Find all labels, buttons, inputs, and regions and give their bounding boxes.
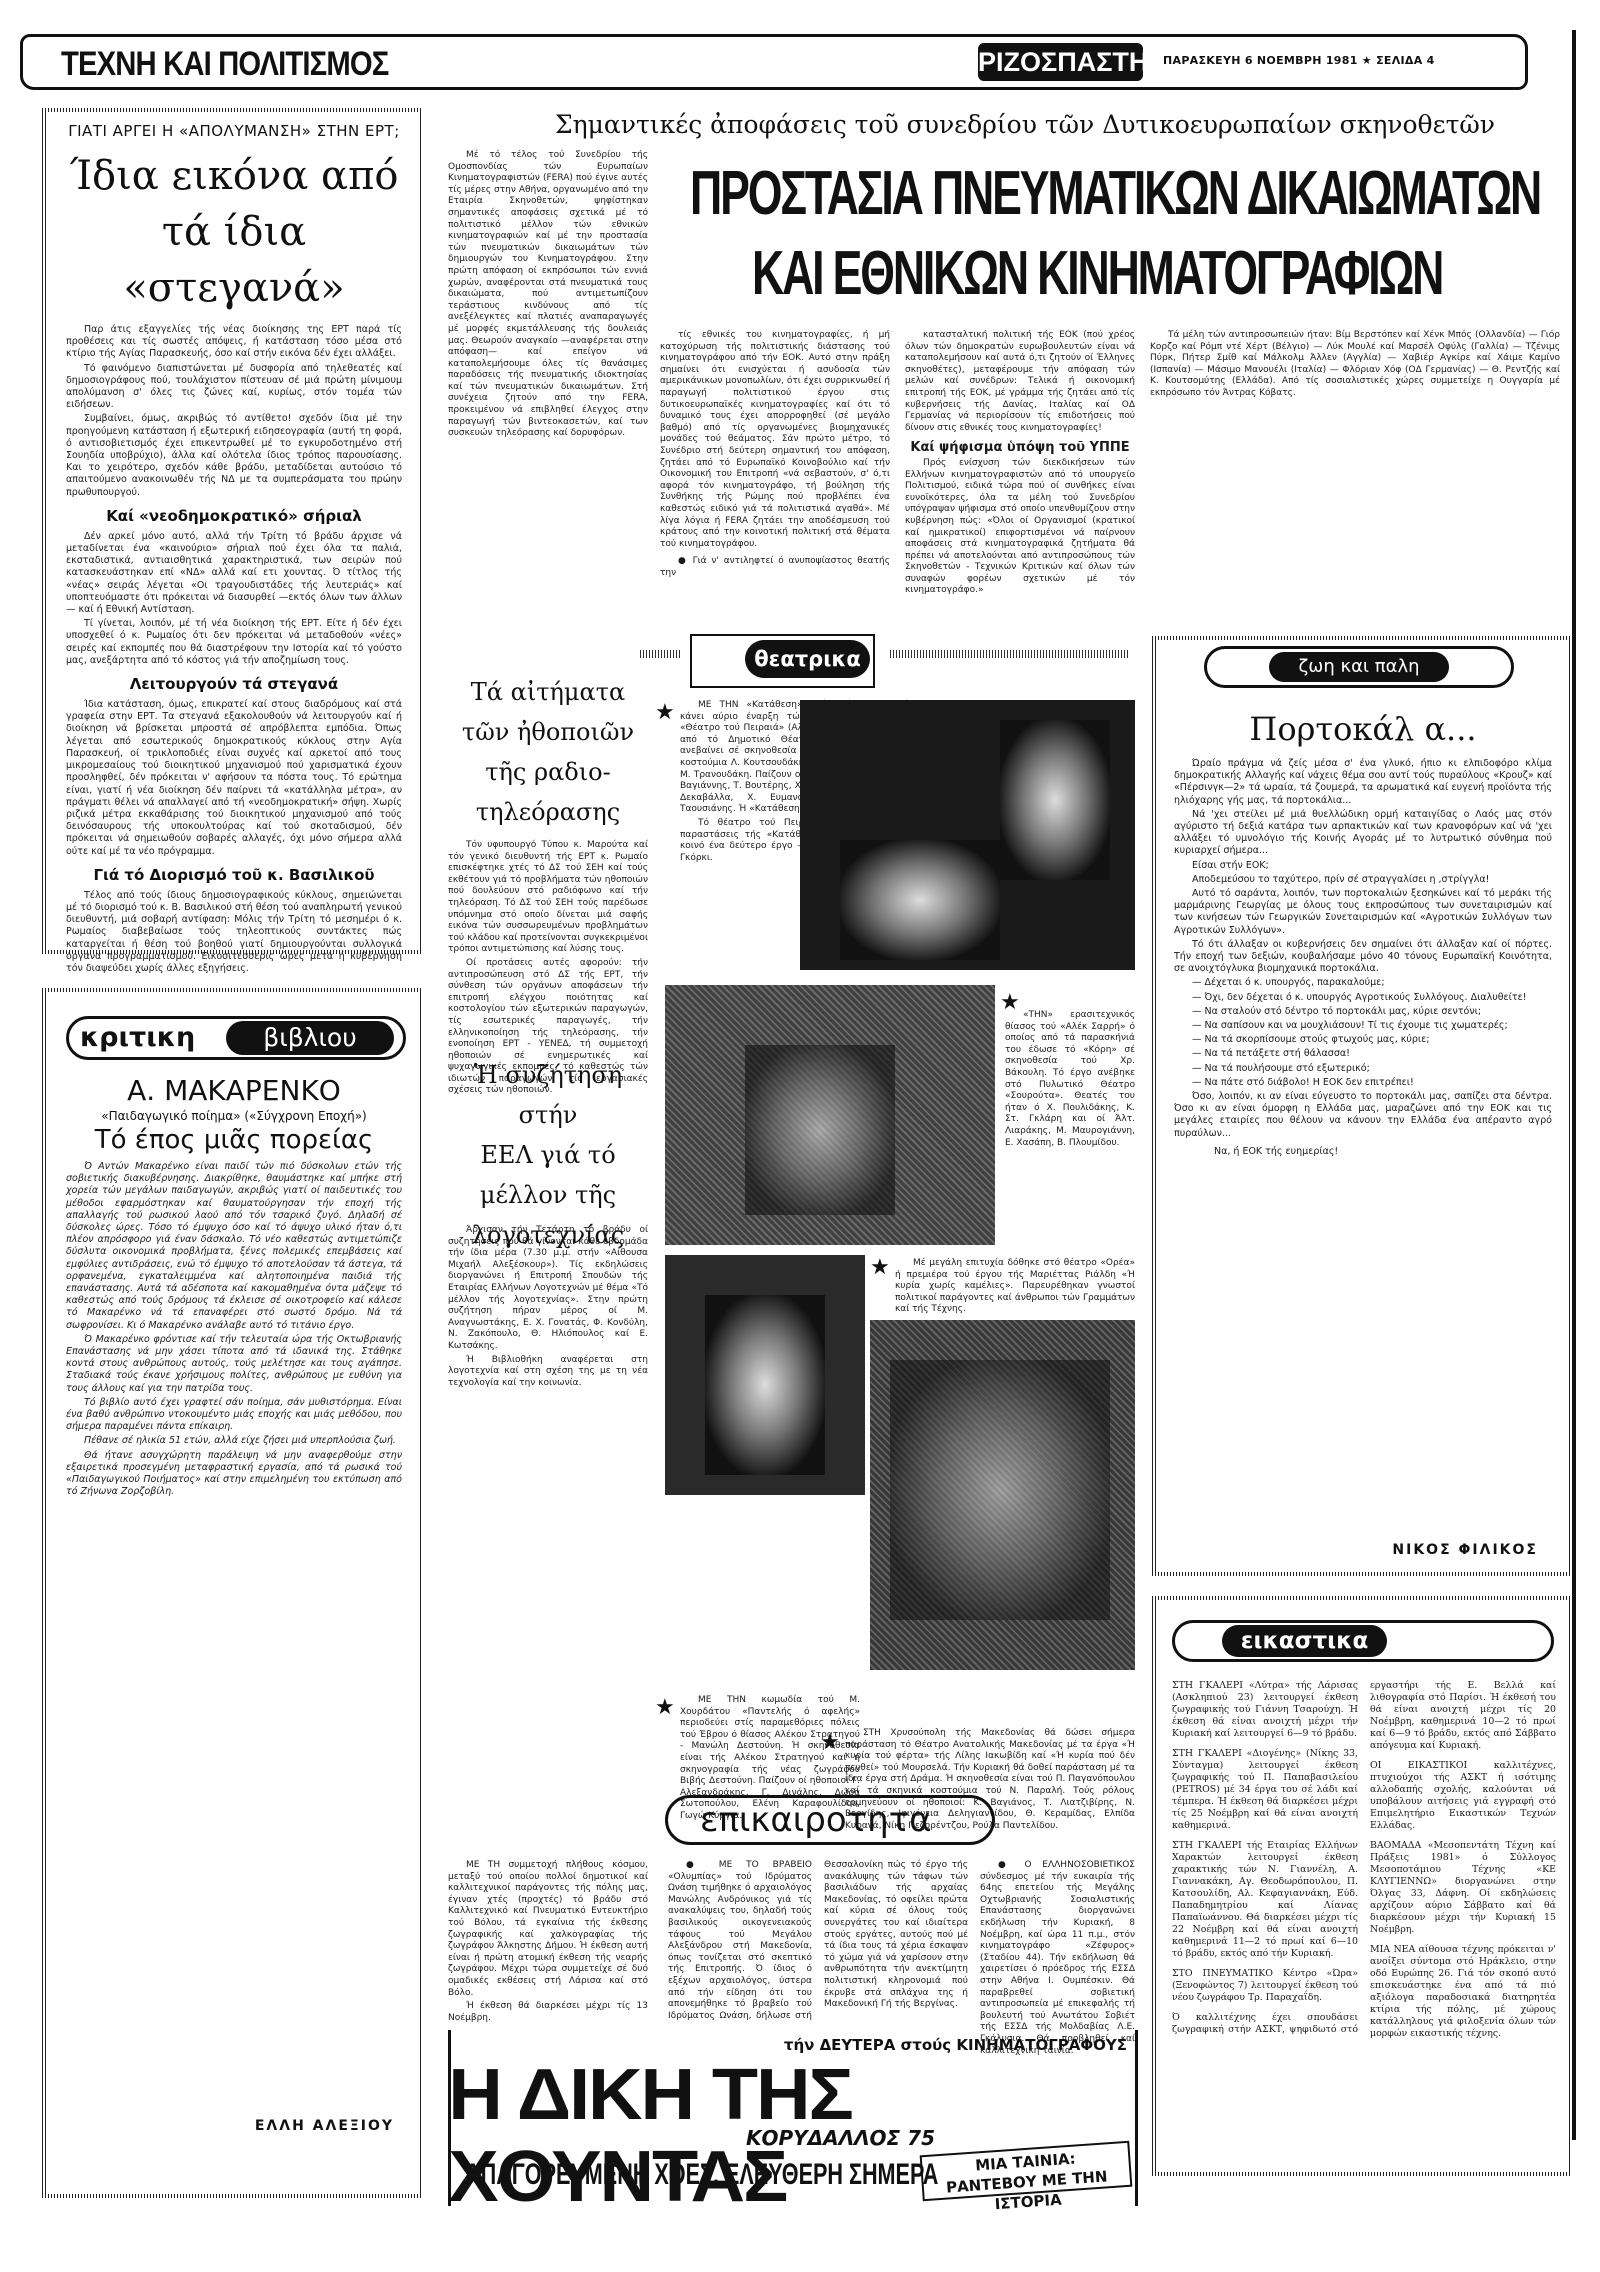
- paragraph: Πρός ενίσχυση τών διεκδικήσεων τών Ελλήν…: [905, 458, 1135, 597]
- gallery-item: ΣΤΗ ΓΚΑΛΕΡΙ τής Εταιρίας Ελλήνων Χαρακτώ…: [1172, 1840, 1358, 1960]
- newspaper-logo: ΡΙΖΟΣΠΑΣΤΗΣ: [978, 43, 1143, 81]
- book-work: «Παιδαγωγικό ποίημα» («Σύγχρονη Εποχή»): [66, 1109, 402, 1123]
- article-kicker: ΓΙΑΤΙ ΑΡΓΕΙ Η «ΑΠΟΛΥΜΑΝΣΗ» ΣΤΗΝ ΕΡΤ;: [66, 122, 402, 140]
- theatre-photo-2: [665, 985, 995, 1245]
- paragraph: Τέλος από τούς ίδιους δημοσιογραφικούς κ…: [66, 890, 402, 975]
- headline-line1: ΠΡΟΣΤΑΣΙΑ ΠΝΕΥΜΑΤΙΚΩΝ ΔΙΚΑΙΩΜΑΤΩΝ: [690, 158, 1540, 229]
- gallery-item: ΟΙ ΕΙΚΑΣΤΙΚΟΙ καλλιτέχνες, πτυχιούχοι τή…: [1370, 1760, 1556, 1832]
- paragraph: Αποδεμεύσου το ταχύτερο, πρίν σέ στραγγα…: [1174, 874, 1552, 886]
- article-body: Ό Αντών Μακαρένκο είναι παιδί τών πιό δύ…: [66, 1161, 402, 1498]
- article-body: Παρ άτις εξαγγελίες τής νέας διοίκησης τ…: [66, 324, 402, 499]
- news-section-badge: επικαιροτητα: [700, 1800, 932, 1840]
- article-body: Ίδια κατάσταση, όμως, επικρατεί καί στου…: [66, 699, 402, 858]
- book-author: Α. ΜΑΚΑΡΕΝΚΟ: [66, 1074, 402, 1107]
- paragraph: Τό βιβλίο αυτό έχει γραφτεί σάν ποίημα, …: [66, 1397, 402, 1434]
- section-badge: ζωη και παλη: [1174, 646, 1552, 692]
- article-headline-line2: τά ίδια «στεγανά»: [66, 204, 402, 316]
- date-page-line: ΠΑΡΑΣΚΕΥΗ 6 ΝΟΕΜΒΡΗ 1981 ★ ΣΕΛΙΔΑ 4: [1163, 54, 1435, 67]
- paragraph: Παρ άτις εξαγγελίες τής νέας διοίκησης τ…: [66, 324, 402, 361]
- dialogue-line: — Δέχεται ό κ. υπουργός, παρακαλούμε;: [1174, 977, 1552, 989]
- paragraph: Μέ μεγάλη επιτυχία δόθηκε στό θέατρο «Ορ…: [895, 1258, 1135, 1316]
- article-column-2: τίς εθνικές του κινηματογραφίες, ή μή κα…: [660, 330, 890, 581]
- article-column-3: κατασταλτική πολιτική τής ΕΟΚ (πού χρέος…: [905, 330, 1135, 599]
- paragraph: Ή Βιβλιοθήκη αναφέρεται στη λογοτεχνία κ…: [448, 1355, 648, 1390]
- ad-subtitle: ΚΟΡΥΔΑΛΛΟΣ 75: [746, 2126, 935, 2150]
- paragraph: Ό Αντών Μακαρένκο είναι παιδί τών πιό δύ…: [66, 1161, 402, 1332]
- paragraph: Αυτό τό σαράντα, λοιπόν, των πορτοκαλιών…: [1174, 888, 1552, 937]
- star-icon: ★: [655, 1695, 675, 1720]
- paragraph: κατασταλτική πολιτική τής ΕΟΚ (πού χρέος…: [905, 330, 1135, 434]
- paragraph: Δέν αρκεί μόνο αυτό, αλλά τήν Τρίτη τό β…: [66, 531, 402, 616]
- column-body: Ώραίο πράγμα νά ζείς μέσα σ' ένα γλυκό, …: [1174, 758, 1552, 1158]
- article-ert: ΓΙΑΤΙ ΑΡΓΕΙ Η «ΑΠΟΛΥΜΑΝΣΗ» ΣΤΗΝ ΕΡΤ; Ίδι…: [42, 108, 422, 954]
- dialogue-line: — Να σαπίσουν και να μουχλιάσουν! Τί τις…: [1174, 1020, 1552, 1032]
- paragraph: Ό Μακαρένκο φρόντισε καί τήν τελευταία ώ…: [66, 1334, 402, 1395]
- dialogue-line: — Να σταλούν στό δέντρο τό πορτοκάλι μας…: [1174, 1006, 1552, 1018]
- paragraph: «ΤΗΝ» ερασιτεχνικός θίασος τού «Αλέκ Σαρ…: [1005, 1010, 1135, 1149]
- theatre-item: «ΤΗΝ» ερασιτεχνικός θίασος τού «Αλέκ Σαρ…: [1005, 1010, 1135, 1151]
- paragraph: τίς εθνικές του κινηματογραφίες, ή μή κα…: [660, 330, 890, 550]
- column-title: Πορτοκάλ α...: [1174, 710, 1552, 748]
- headline-line2: ΚΑΙ ΕΘΝΙΚΩΝ ΚΙΝΗΜΑΤΟΓΡΑΦΙΩΝ: [752, 238, 1442, 309]
- masthead-band: ΤΕΧΝΗ ΚΑΙ ΠΟΛΙΤΙΣΜΟΣ ΡΙΖΟΣΠΑΣΤΗΣ ΠΑΡΑΣΚΕ…: [20, 34, 1528, 90]
- headline-line: τηλεόρασης: [448, 792, 648, 832]
- article-book-review: κριτικη βιβλιου Α. ΜΑΚΑΡΕΝΚΟ «Παιδαγωγικ…: [42, 988, 422, 2198]
- gallery-item: ΣΤΗ ΓΚΑΛΕΡΙ «Διογένης» (Νίκης 33, Σύνταγ…: [1172, 1748, 1358, 1832]
- paragraph: Νά 'χει στείλει μέ μιά θυελλώδικη ορμή κ…: [1174, 809, 1552, 858]
- badge-left-label: κριτικη: [80, 1022, 195, 1053]
- section-badge: εικαστικα: [1172, 1620, 1556, 1666]
- article-kicker: Σημαντικές ἀποφάσεις τοῦ συνεδρίου τῶν Δ…: [480, 110, 1570, 139]
- column-visual-arts: εικαστικα ΣΤΗ ΓΚΑΛΕΡΙ «Λύτρα» τής Λάρισα…: [1152, 1596, 1572, 2176]
- ad-tagline: ΑΠΑΓΟΡΕΥΜΕΝΗ ΧΘΕΣ, ΕΛΕΥΘΕΡΗ ΣΗΜΕΡΑ: [465, 2158, 938, 2192]
- paragraph: Τί γίνεται, λοιπόν, μέ τή νέα διοίκηση τ…: [66, 618, 402, 667]
- dialogue-line: — Να τά σκορπίσουμε στούς φτωχούς μας, κ…: [1174, 1034, 1552, 1046]
- paragraph: ● Ο ΕΛΛΗΝΟΣΟΒΙΕΤΙΚΟΣ σύνδεσμος μέ τήν ευ…: [980, 1860, 1135, 2057]
- headline-line: τῶν ἠθοποιῶν: [448, 712, 648, 752]
- article-headline-line1: Ίδια εικόνα από: [66, 148, 402, 204]
- headline-line: Τά αἰτήματα: [448, 672, 648, 712]
- dialogue-line: — Να τά πουλήσουμε στό εξωτερικό;: [1174, 1063, 1552, 1075]
- headline-line: μέλλον τῆς: [448, 1175, 648, 1215]
- column-life-and-struggle: ζωη και παλη Πορτοκάλ α... Ώραίο πράγμα …: [1152, 636, 1572, 1576]
- section-title: ΤΕΧΝΗ ΚΑΙ ΠΟΛΙΤΙΣΜΟΣ: [61, 45, 388, 84]
- paragraph: Ώραίο πράγμα νά ζείς μέσα σ' ένα γλυκό, …: [1174, 758, 1552, 807]
- headline-line: ΕΕΛ γιά τό: [448, 1135, 648, 1175]
- paragraph: Τό ότι άλλαξαν οι κυβερνήσεις δεν σημαίν…: [1174, 939, 1552, 976]
- subheading: Καί «νεοδημοκρατικό» σήριαλ: [66, 507, 402, 525]
- paragraph: Είσαι στήν ΕΟΚ;: [1174, 860, 1552, 872]
- theatre-item: Μέ μεγάλη επιτυχία δόθηκε στό θέατρο «Ορ…: [895, 1258, 1135, 1318]
- dialogue-line: — Όχι, δεν δέχεται ό κ. υπουργός Αγροτικ…: [1174, 992, 1552, 1004]
- page-edge-rule: [1572, 30, 1576, 2140]
- byline: ΝΙΚΟΣ ΦΙΛΙΚΟΣ: [1392, 1542, 1538, 1558]
- subheading: Καί ψήφισμα ὑπόψη τοῦ ΥΠΠΕ: [905, 442, 1135, 454]
- dialogue-line: — Να πάτε στό διάβολο! Η ΕΟΚ δεν επιτρέπ…: [1174, 1077, 1552, 1089]
- paragraph: Θά ήτανε ασυγχώρητη παράλειψη νά μην ανα…: [66, 1450, 402, 1499]
- gallery-item: ΣΤΟ ΠΝΕΥΜΑΤΙΚΟ Κέντρο «Ώρα» (Ξενοφώντος …: [1172, 1968, 1358, 2004]
- paragraph: Μέ τό τέλος τού Συνεδρίου τής Ομοσπονδία…: [448, 150, 648, 440]
- bullet-paragraph: ● Γιά ν' αντιληφτεί ό ανυποψίαστος θεατή…: [660, 556, 890, 579]
- paragraph: Τό φαινόμενο διαπιστώνεται μέ δυσφορία α…: [66, 363, 402, 412]
- divider: [640, 650, 680, 658]
- paragraph: Άρχισαν τήν Τετάρτη τό βράδυ οί συζητήσε…: [448, 1225, 648, 1353]
- theatre-photo-3: [665, 1255, 865, 1495]
- ad-top-line: τήν ΔΕΥΤΕΡΑ στούς ΚΙΝΗΜΑΤΟΓΡΑΦΟΥΣ: [784, 2036, 1127, 2054]
- star-icon: ★: [655, 700, 675, 725]
- paragraph: Ίδια κατάσταση, όμως, επικρατεί καί στου…: [66, 699, 402, 858]
- headline-line: τῆς ραδιο-: [448, 752, 648, 792]
- article-headline: Τό έπος μιᾶς πορείας: [66, 1125, 402, 1155]
- article-column-4: Τά μέλη τών αντιπροσωπειών ήταν: Βίμ Βερ…: [1150, 330, 1560, 402]
- paragraph: ● ΜΕ ΤΟ ΒΡΑΒΕΙΟ «Ολυμπίας» τού Ιδρύματος…: [668, 1860, 968, 2022]
- paragraph: Τόν υφυπουργό Τύπου κ. Μαρούτα καί τόν γ…: [448, 840, 648, 956]
- paragraph: Συμβαίνει, όμως, ακριβώς τό αντίθετο! σχ…: [66, 413, 402, 498]
- star-icon: ★: [870, 1255, 890, 1280]
- gallery-item: ΜΙΑ ΝΕΑ αίθουσα τέχνης πρόκειται ν' ανοί…: [1370, 1944, 1556, 2040]
- paragraph: Πέθανε σέ ηλικία 51 ετών, αλλά είχε ζήσε…: [66, 1435, 402, 1447]
- article-body: Τέλος από τούς ίδιους δημοσιογραφικούς κ…: [66, 890, 402, 975]
- film-advertisement: τήν ΔΕΥΤΕΡΑ στούς ΚΙΝΗΜΑΤΟΓΡΑΦΟΥΣ Η ΔΙΚΗ…: [448, 2030, 1138, 2206]
- column-body: ΣΤΗ ΓΚΑΛΕΡΙ «Λύτρα» τής Λάρισας (Ασκληπι…: [1172, 1680, 1556, 2042]
- badge-label: εικαστικα: [1222, 1625, 1387, 1657]
- headline-line: Ἡ συζήτηση στήν: [448, 1055, 648, 1135]
- star-icon: ★: [820, 1730, 840, 1755]
- article-body: Δέν αρκεί μόνο αυτό, αλλά τήν Τρίτη τό β…: [66, 531, 402, 667]
- article-volos: ΜΕ ΤΗ συμμετοχή πλήθους κόσμου, μεταξύ τ…: [448, 1860, 648, 2026]
- gallery-item: ΒΑΟΜΑΔΑ «Μεσοπεντάτη Τέχνη καί Πράξεις 1…: [1370, 1840, 1556, 1936]
- article-body: Άρχισαν τήν Τετάρτη τό βράδυ οί συζητήσε…: [448, 1225, 648, 1391]
- gallery-item: ΣΤΗ ΓΚΑΛΕΡΙ «Λύτρα» τής Λάρισας (Ασκληπι…: [1172, 1680, 1358, 1740]
- badge-label: ζωη και παλη: [1269, 652, 1449, 682]
- subheading: Λειτουργούν τά στεγανά: [66, 675, 402, 693]
- article-column-1: Μέ τό τέλος τού Συνεδρίου τής Ομοσπονδία…: [448, 150, 648, 442]
- divider: [890, 650, 1130, 658]
- dialogue-line: — Να τά πετάξετε στή θάλασσα!: [1174, 1048, 1552, 1060]
- paragraph: Όσο, λοιπόν, κι αν είναι εύγευστο το πορ…: [1174, 1091, 1552, 1140]
- subheading: Γιά τό Διορισμό τοῦ κ. Βασιλικοῦ: [66, 866, 402, 884]
- theatre-section-badge: θεατρικα νεα: [745, 640, 870, 678]
- theatre-photo-4: [870, 1320, 1135, 1670]
- paragraph: Τά μέλη τών αντιπροσωπειών ήταν: Βίμ Βερ…: [1150, 330, 1560, 400]
- news-item: ● ΜΕ ΤΟ ΒΡΑΒΕΙΟ «Ολυμπίας» τού Ιδρύματος…: [668, 1860, 968, 2022]
- paragraph: Να, ή ΕΟΚ τής ευημερίας!: [1174, 1146, 1552, 1158]
- section-badge: κριτικη βιβλιου: [66, 1016, 402, 1064]
- theatre-photo-1: [800, 700, 1135, 970]
- byline: ΕΛΛΗ ΑΛΕΞΙΟΥ: [255, 2118, 394, 2134]
- paragraph: Ή έκθεση θά διαρκέσει μέχρι τίς 13 Νοέμβ…: [448, 2001, 648, 2024]
- article-headline: Τά αἰτήματα τῶν ἠθοποιῶν τῆς ραδιο- τηλε…: [448, 672, 648, 832]
- badge-right-label: βιβλιου: [226, 1021, 394, 1055]
- paragraph: ΜΕ ΤΗ συμμετοχή πλήθους κόσμου, μεταξύ τ…: [448, 1860, 648, 1999]
